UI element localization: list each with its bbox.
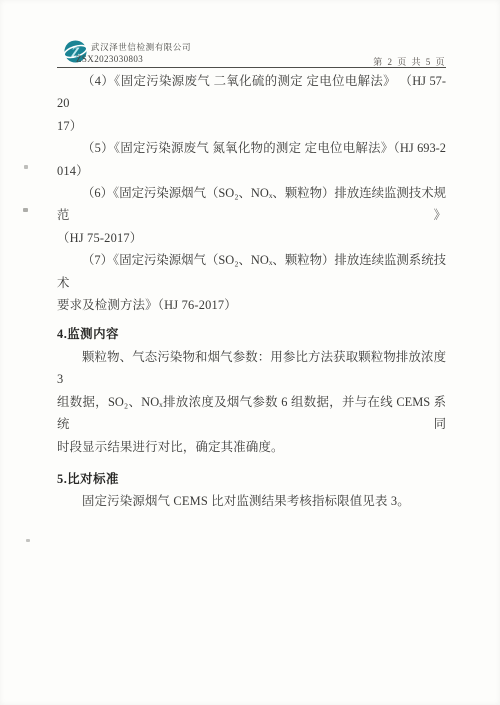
section-5-heading: 5.比对标准	[57, 468, 446, 490]
header-divider	[57, 67, 446, 68]
reference-item-6-line-2: （HJ 75-2017）	[57, 227, 446, 249]
reference-item-7-line-1: （7）《固定污染源烟气（SO₂、NOₓ、颗粒物）排放连续监测系统技术	[57, 249, 446, 294]
reference-item-5-line-2: 014）	[57, 160, 446, 182]
section-4-heading: 4.监测内容	[57, 323, 446, 345]
section-4-paragraph-line-1: 颗粒物、气态污染物和烟气参数：用参比方法获取颗粒物排放浓度 3	[57, 346, 446, 391]
reference-item-7-line-2: 要求及检测方法》（HJ 76-2017）	[57, 294, 446, 316]
section-4-paragraph-line-2: 组数据，SO₂、NOₓ排放浓度及烟气参数 6 组数据，并与在线 CEMS 系统同	[57, 391, 446, 436]
scan-artifact	[26, 539, 30, 542]
reference-item-4-line-2: 17）	[57, 115, 446, 137]
scan-artifact	[24, 165, 28, 169]
company-name: 武汉泽世信检测有限公司	[91, 41, 191, 53]
document-body: （4）《固定污染源废气 二氧化硫的测定 定电位电解法》 （HJ 57-20 17…	[57, 70, 446, 513]
document-page: Z 武汉泽世信检测有限公司 ZSX2023030803 第 2 页 共 5 页 …	[0, 0, 500, 705]
section-5-paragraph-line-1: 固定污染源烟气 CEMS 比对监测结果考核指标限值见表 3。	[57, 490, 446, 512]
report-number: ZSX2023030803	[76, 54, 143, 64]
section-4-paragraph-line-3: 时段显示结果进行对比，确定其准确度。	[57, 436, 446, 458]
reference-item-6-line-1: （6）《固定污染源烟气（SO₂、NOₓ、颗粒物）排放连续监测技术规范》	[57, 182, 446, 227]
scan-artifact	[23, 208, 28, 212]
reference-item-5-line-1: （5）《固定污染源废气 氮氧化物的测定 定电位电解法》（HJ 693-2	[57, 137, 446, 159]
reference-item-4-line-1: （4）《固定污染源废气 二氧化硫的测定 定电位电解法》 （HJ 57-20	[57, 70, 446, 115]
